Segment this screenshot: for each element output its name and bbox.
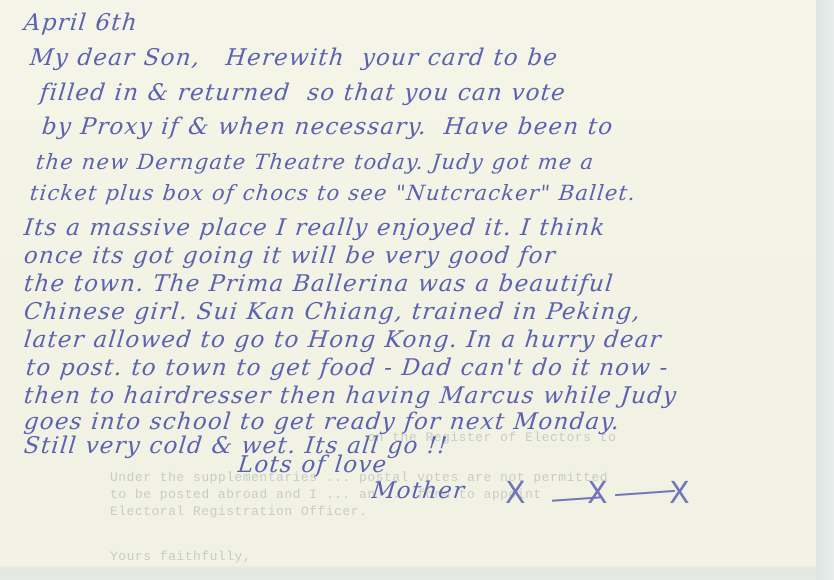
letter-line: by Proxy if & when necessary. Have been … [41, 114, 615, 140]
letter-line: once its got going it will be very good … [23, 243, 558, 269]
scanned-letter: on the Register of Electors to Under the… [0, 0, 834, 580]
paper-bottom-edge [0, 566, 816, 572]
letter-line: later allowed to go to Hong Kong. In a h… [23, 327, 664, 353]
bleed-through-line: to be posted abroad and I ... an ... for… [110, 487, 542, 502]
letter-line: filled in & returned so that you can vot… [39, 80, 568, 106]
letter-line: goes into school to get ready for next M… [23, 409, 622, 435]
letter-line: My dear Son, Herewith your card to be [29, 45, 560, 71]
bleed-through-line: Electoral Registration Officer. [110, 504, 367, 519]
letter-line: to post. to town to get food - Dad can't… [25, 355, 670, 381]
letter-line: ticket plus box of chocs to see "Nutcrac… [29, 181, 638, 205]
letter-line: the town. The Prima Ballerina was a beau… [23, 271, 615, 297]
letter-closing: Lots of love [237, 452, 389, 478]
letter-line: Its a massive place I really enjoyed it.… [23, 215, 607, 241]
bleed-through-line: Yours faithfully, [110, 549, 251, 564]
letter-paper: on the Register of Electors to Under the… [0, 0, 816, 572]
scanner-bed-edge [816, 0, 834, 580]
letter-line: the new Derngate Theatre today. Judy got… [35, 150, 596, 174]
letter-line: then to hairdresser then having Marcus w… [23, 383, 679, 409]
letter-line: Chinese girl. Sui Kan Chiang, trained in… [23, 299, 643, 325]
letter-signature: Mother [371, 478, 467, 504]
kisses-mark: X X X [505, 476, 716, 511]
letter-date: April 6th [23, 10, 140, 36]
